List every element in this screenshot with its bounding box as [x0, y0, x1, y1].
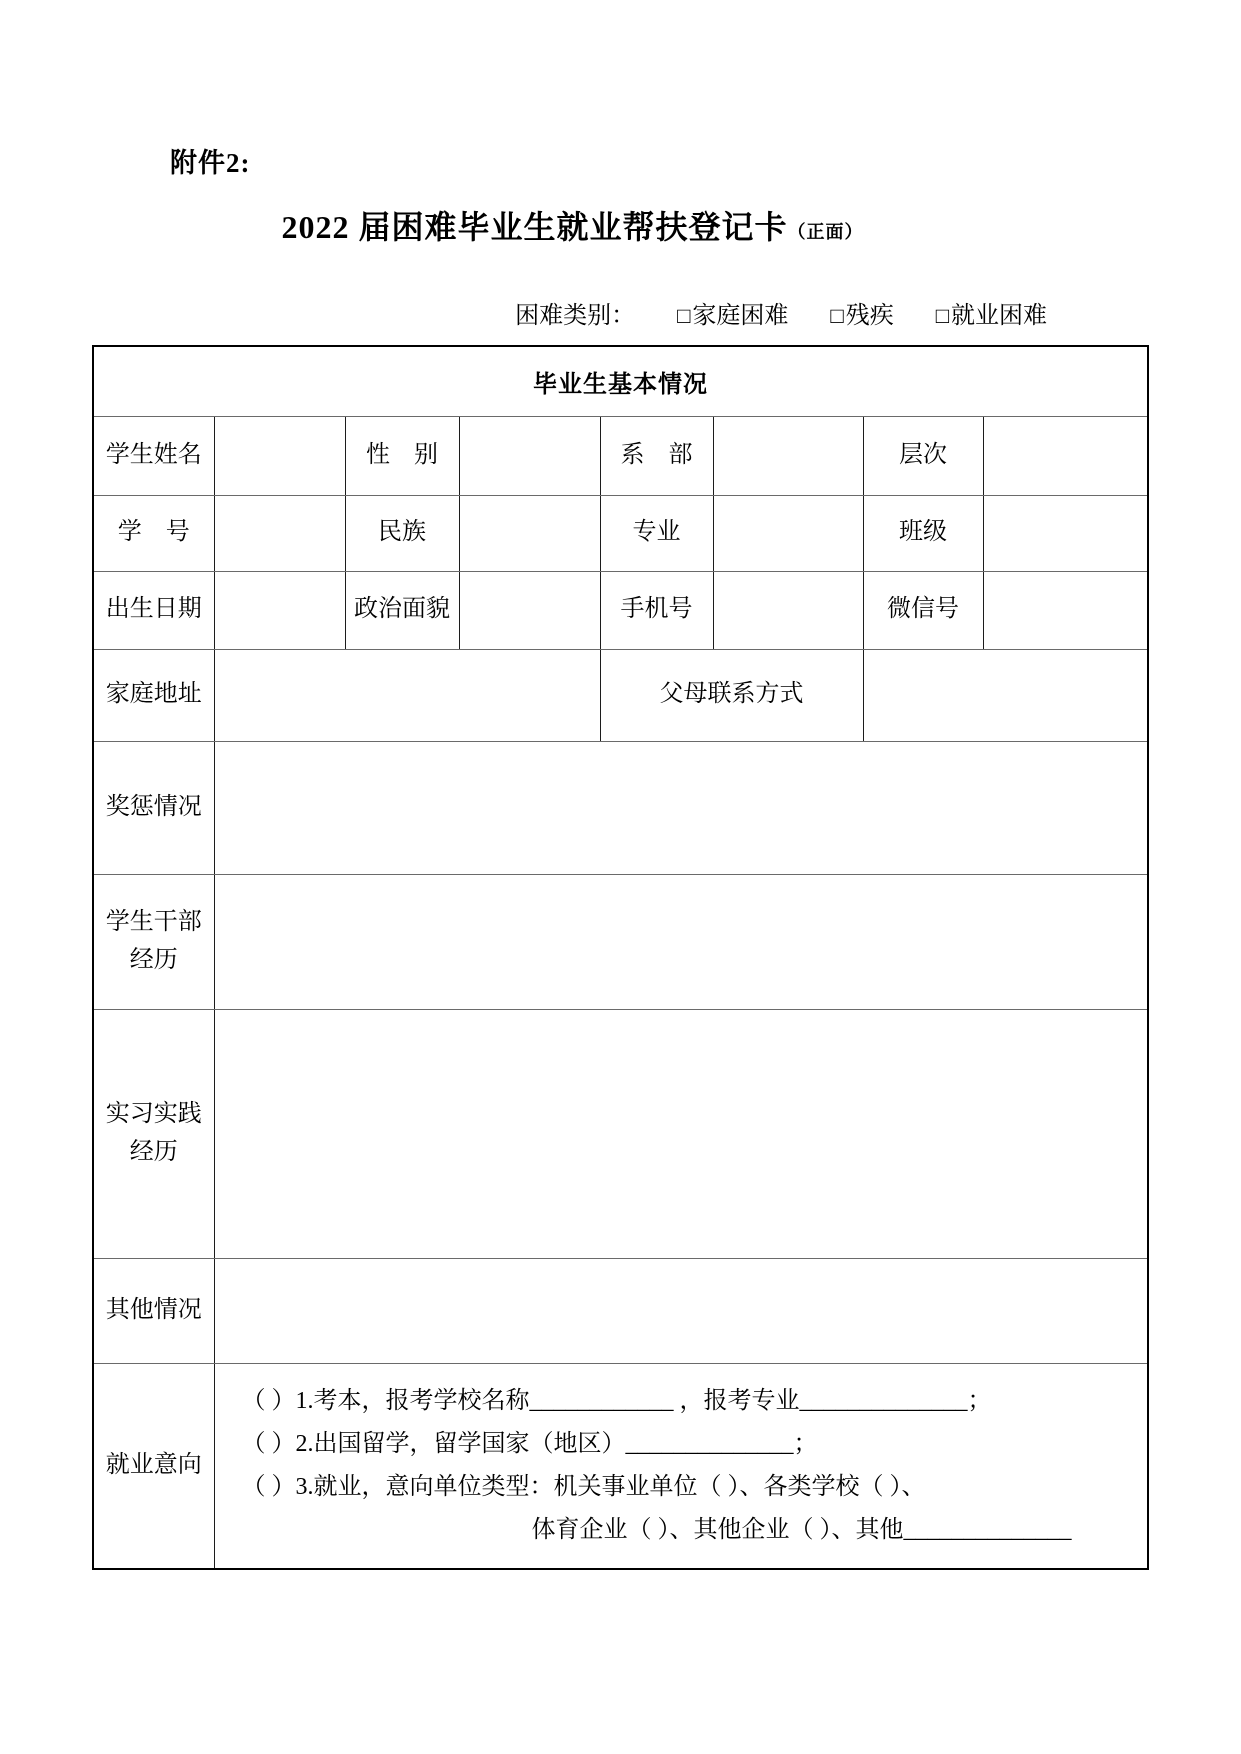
- difficulty-option-family[interactable]: □家庭困难: [677, 295, 788, 330]
- input-level[interactable]: [983, 416, 1148, 495]
- input-student-id[interactable]: [214, 495, 345, 571]
- input-wechat[interactable]: [983, 571, 1148, 649]
- page-title-suffix: （正面）: [788, 222, 864, 242]
- label-cadre-line2: 经历: [94, 942, 214, 979]
- label-ethnicity: 民族: [345, 495, 459, 571]
- label-student-name: 学生姓名: [93, 416, 214, 495]
- input-class[interactable]: [983, 495, 1148, 571]
- input-home-address[interactable]: [214, 649, 600, 741]
- difficulty-option-disability[interactable]: □残疾: [830, 295, 893, 330]
- registration-table: 毕业生基本情况 学生姓名 性 别 系 部 层次 学 号 民族 专业 班级 出生日…: [92, 345, 1149, 1570]
- input-parents-contact[interactable]: [863, 649, 1148, 741]
- label-internship-line1: 实习实践: [94, 1096, 214, 1133]
- input-other[interactable]: [214, 1258, 1148, 1363]
- input-cadre-experience[interactable]: [214, 874, 1148, 1009]
- employment-options-cell: （ ）1.考本，报考学校名称____________ ，报考专业________…: [214, 1363, 1148, 1569]
- input-birth-date[interactable]: [214, 571, 345, 649]
- difficulty-option-family-label: 家庭困难: [692, 303, 788, 329]
- label-birth-date: 出生日期: [93, 571, 214, 649]
- difficulty-category-row: 困难类别：□家庭困难□残疾□就业困难: [515, 295, 1047, 330]
- label-cadre-experience: 学生干部 经历: [93, 874, 214, 1009]
- label-major: 专业: [600, 495, 713, 571]
- checkbox-icon[interactable]: □: [936, 303, 949, 329]
- label-rewards: 奖惩情况: [93, 741, 214, 874]
- input-rewards[interactable]: [214, 741, 1148, 874]
- employment-option-3-continued[interactable]: 体育企业（ ）、其他企业（ ）、其他______________: [215, 1509, 1148, 1552]
- input-internship-experience[interactable]: [214, 1009, 1148, 1258]
- input-major[interactable]: [713, 495, 863, 571]
- input-student-name[interactable]: [214, 416, 345, 495]
- difficulty-option-employment-label: 就业困难: [951, 303, 1047, 329]
- label-mobile: 手机号: [600, 571, 713, 649]
- label-cadre-line1: 学生干部: [94, 904, 214, 941]
- label-gender: 性 别: [345, 416, 459, 495]
- input-political-status[interactable]: [459, 571, 600, 649]
- employment-option-1[interactable]: （ ）1.考本，报考学校名称____________ ，报考专业________…: [215, 1380, 1148, 1423]
- label-parents-contact: 父母联系方式: [600, 649, 863, 741]
- attachment-label: 附件2:: [170, 141, 251, 180]
- label-department: 系 部: [600, 416, 713, 495]
- label-class: 班级: [863, 495, 983, 571]
- label-home-address: 家庭地址: [93, 649, 214, 741]
- label-internship-experience: 实习实践 经历: [93, 1009, 214, 1258]
- label-employment-intention: 就业意向: [93, 1363, 214, 1569]
- checkbox-icon[interactable]: □: [830, 303, 843, 329]
- section-header-basic-info: 毕业生基本情况: [93, 346, 1148, 416]
- label-level: 层次: [863, 416, 983, 495]
- label-other: 其他情况: [93, 1258, 214, 1363]
- difficulty-category-label: 困难类别：: [515, 303, 635, 329]
- input-gender[interactable]: [459, 416, 600, 495]
- page-title: 2022 届困难毕业生就业帮扶登记卡（正面）: [0, 202, 1193, 248]
- checkbox-icon[interactable]: □: [677, 303, 690, 329]
- employment-option-3[interactable]: （ ）3.就业，意向单位类型：机关事业单位（ ）、各类学校（ ）、: [215, 1466, 1148, 1509]
- label-political-status: 政治面貌: [345, 571, 459, 649]
- difficulty-option-employment[interactable]: □就业困难: [936, 295, 1047, 330]
- input-mobile[interactable]: [713, 571, 863, 649]
- input-department[interactable]: [713, 416, 863, 495]
- input-ethnicity[interactable]: [459, 495, 600, 571]
- employment-option-2[interactable]: （ ）2.出国留学，留学国家（地区）______________；: [215, 1423, 1148, 1466]
- page-title-text: 2022 届困难毕业生就业帮扶登记卡: [281, 209, 787, 245]
- label-student-id: 学 号: [93, 495, 214, 571]
- difficulty-option-disability-label: 残疾: [846, 303, 894, 329]
- label-internship-line2: 经历: [94, 1134, 214, 1171]
- label-wechat: 微信号: [863, 571, 983, 649]
